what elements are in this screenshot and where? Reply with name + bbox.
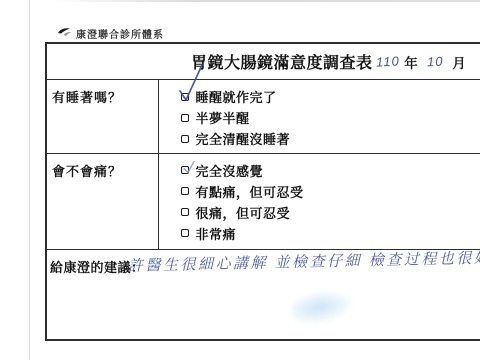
checkbox	[181, 135, 189, 143]
question-cell: 有睡著嗎？	[47, 80, 159, 153]
year-unit-label: 年	[404, 52, 418, 72]
option-label: 非常痛	[196, 224, 237, 243]
option-label: 睡醒就作完了	[196, 87, 277, 106]
checkbox	[181, 114, 189, 122]
option-label: 很痛，但可忍受	[196, 203, 291, 222]
clinic-name: 康澄聯合診所體系	[76, 26, 164, 41]
checkbox	[181, 208, 189, 216]
checkbox-checked	[181, 166, 189, 174]
option-row: 睡醒就作完了	[181, 86, 291, 107]
question-label-sleep: 有睡著嗎？	[52, 90, 122, 105]
option-label: 有點痛，但可忍受	[196, 182, 304, 201]
option-row: 有點痛，但可忍受	[181, 181, 304, 202]
title-row: 胃鏡大腸鏡滿意度調查表 110 年 10 月 2	[47, 44, 480, 80]
form-title: 胃鏡大腸鏡滿意度調查表	[191, 50, 373, 73]
checkbox	[181, 229, 189, 237]
checkbox-checked	[181, 93, 189, 101]
option-row: 完全沒感覺	[181, 160, 304, 181]
checkbox	[181, 187, 189, 195]
swoosh-logo-icon	[57, 24, 72, 42]
scanned-survey-form: { "logo": { "icon": "swoosh-logo-icon", …	[0, 0, 480, 360]
scan-top-edge	[0, 0, 480, 2]
option-label: 半夢半醒	[196, 108, 250, 127]
options-sleep: 睡醒就作完了 半夢半醒 完全清醒沒睡著	[159, 80, 291, 153]
option-row: 非常痛	[181, 223, 304, 244]
option-row: 半夢半醒	[181, 107, 291, 128]
clinic-logo: 康澄聯合診所體系	[57, 24, 164, 42]
handwritten-year: 110	[375, 53, 399, 69]
option-label: 完全清醒沒睡著	[196, 129, 291, 148]
option-label: 完全沒感覺	[196, 161, 264, 180]
option-row: 很痛，但可忍受	[181, 202, 304, 223]
options-pain: 完全沒感覺 有點痛，但可忍受 很痛，但可忍受 非常痛	[159, 154, 304, 249]
question-row-sleep: 有睡著嗎？ 睡醒就作完了 半夢半醒 完全清醒沒睡著	[47, 80, 480, 154]
month-unit-label: 月	[452, 52, 466, 72]
question-cell: 會不會痛？	[47, 154, 159, 249]
handwritten-month: 10	[426, 54, 443, 70]
question-row-pain: 會不會痛？ 完全沒感覺 有點痛，但可忍受 很痛，但可忍受 非常痛	[47, 154, 480, 250]
paper-left-edge	[29, 0, 30, 360]
survey-table: 胃鏡大腸鏡滿意度調查表 110 年 10 月 2 有睡著嗎？ 睡醒就作完了 半夢…	[45, 42, 480, 341]
option-row: 完全清醒沒睡著	[181, 128, 291, 149]
question-label-pain: 會不會痛？	[52, 164, 122, 179]
